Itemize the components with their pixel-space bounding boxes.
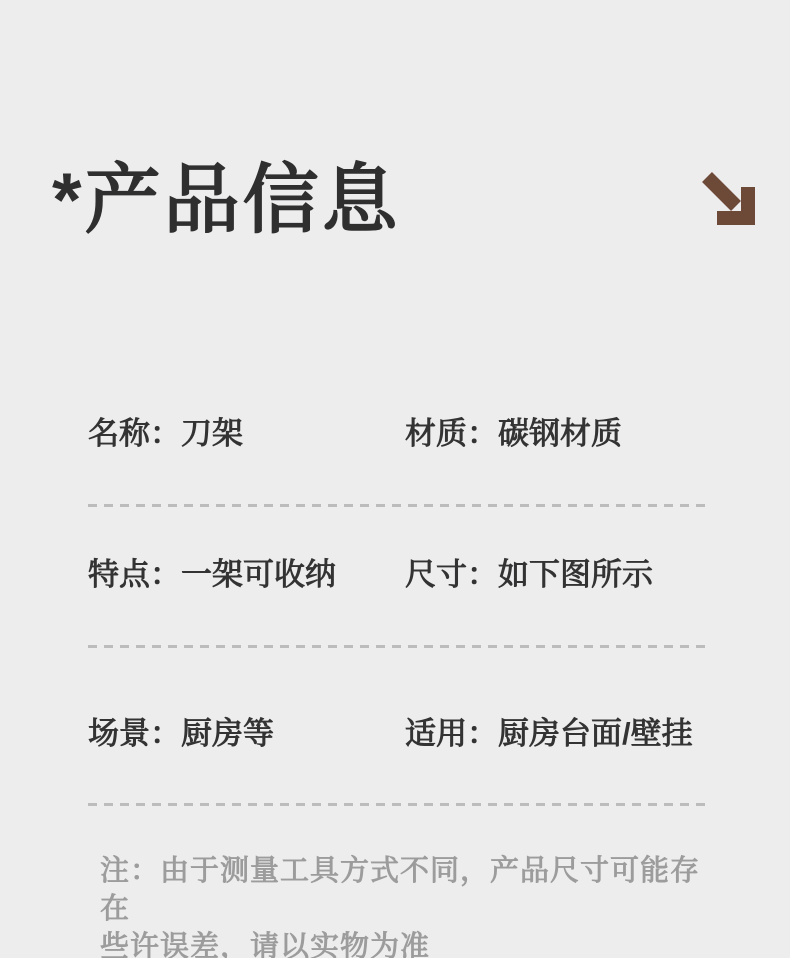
product-info-page: *产品信息 名称：刀架 材质：碳钢材质 特点：一架可收纳 尺寸：如下图所示 场景… bbox=[0, 0, 790, 963]
field-scene: 场景：厨房等 bbox=[88, 718, 405, 750]
header: *产品信息 bbox=[0, 0, 790, 246]
field-product-name: 名称：刀架 bbox=[88, 418, 405, 450]
field-feature: 特点：一架可收纳 bbox=[88, 559, 405, 591]
arrow-down-right-icon bbox=[698, 168, 760, 230]
note-line-1: 注：由于测量工具方式不同，产品尺寸可能存在 bbox=[100, 855, 700, 925]
dashed-divider-2 bbox=[88, 645, 710, 648]
field-material: 材质：碳钢材质 bbox=[405, 418, 622, 450]
note-text: 注：由于测量工具方式不同，产品尺寸可能存在 些许误差，请以实物为准 bbox=[100, 852, 720, 963]
bottom-white-strip bbox=[0, 958, 790, 963]
info-row-1: 名称：刀架 材质：碳钢材质 bbox=[0, 418, 790, 450]
dashed-divider-3 bbox=[88, 803, 710, 806]
info-row-2: 特点：一架可收纳 尺寸：如下图所示 bbox=[0, 559, 790, 591]
dashed-divider-1 bbox=[88, 504, 710, 507]
info-row-3: 场景：厨房等 适用：厨房台面/壁挂 bbox=[0, 718, 790, 750]
page-title: *产品信息 bbox=[52, 156, 401, 246]
field-size: 尺寸：如下图所示 bbox=[405, 559, 653, 591]
field-usage: 适用：厨房台面/壁挂 bbox=[405, 718, 693, 750]
